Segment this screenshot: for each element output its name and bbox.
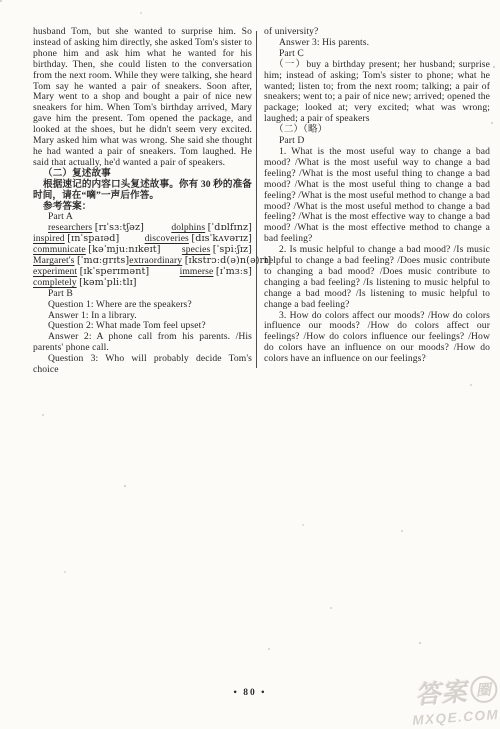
vocab-word: species	[182, 244, 210, 255]
left-column: husband Tom, but she wanted to surprise …	[33, 27, 252, 376]
vocab-word: inspired	[33, 233, 65, 244]
vocab-word: Margaret's	[33, 255, 74, 266]
scanned-book-page: husband Tom, but she wanted to surprise …	[0, 0, 500, 729]
part-c-item-1: （一）buy a birthday present; her husband; …	[264, 60, 490, 125]
answer-circle-logo: 答案圈	[409, 670, 498, 712]
vocab-ipa: [ɪnˈspaɪəd]	[67, 233, 119, 244]
logo-text: 答案	[414, 672, 468, 712]
vocab-word: communicate	[33, 244, 86, 255]
vocab-ipa: [ˈdɒlfɪnz]	[208, 222, 252, 233]
vocab-ipa: [kəˈmjuːnɪkeɪt]	[88, 244, 160, 255]
vocab-ipa: [ˈspiːʃɪz]	[213, 244, 252, 255]
vocab-word: immerse	[180, 266, 214, 277]
vocab-word: completely	[33, 277, 77, 288]
column-divider	[256, 31, 257, 368]
vocab-ipa: [ɪˈmɜːs]	[216, 266, 252, 277]
logo-circled-char: 圈	[469, 675, 498, 704]
vocab-ipa: [rɪˈsɜːtʃəz]	[95, 222, 144, 233]
vocab-word: researchers	[48, 222, 92, 233]
vocab-word: experiment	[33, 266, 77, 277]
right-column: of university? Answer 3: His parents. Pa…	[264, 27, 490, 365]
vocab-ipa: [ˈmɑːgrɪts]	[77, 255, 129, 266]
vocab-ipa: [dɪsˈkʌvərɪz]	[191, 233, 252, 244]
part-d-item-3: 3. How do colors affect our moods? /How …	[264, 311, 490, 366]
vocab-ipa: [ɪkˈsperɪmənt]	[80, 266, 150, 277]
vocab-word: dolphins	[171, 222, 205, 233]
answer-2: Answer 2: A phone call from his parents.…	[33, 332, 252, 354]
watermark: 答案圈 MXQE.COM	[409, 670, 499, 728]
story-continuation-paragraph: husband Tom, but she wanted to surprise …	[33, 27, 252, 169]
question-3: Question 3: Who will probably decide Tom…	[33, 354, 252, 376]
vocab-ipa: [ɪkstrɔːd(ə)n(ə)rɪ]	[185, 255, 272, 266]
vocab-word: discoveries	[145, 233, 189, 244]
vocab-entry: immerse [ɪˈmɜːs]	[180, 267, 252, 278]
retell-instructions: 根据速记的内容口头复述故事。你有 30 秒的准备时间，请在“嘀”一声后作答。	[33, 180, 252, 202]
vocab-ipa: [kəmˈpliːtlɪ]	[79, 277, 137, 288]
vocab-word: extraordinary	[129, 255, 182, 266]
part-d-item-2: 2. Is music helpful to change a bad mood…	[264, 245, 490, 310]
question-1: Question 1: Where are the speakers?	[33, 300, 252, 311]
part-d-item-1: 1. What is the most useful way to change…	[264, 147, 490, 245]
scan-noise	[0, 0, 2, 2]
